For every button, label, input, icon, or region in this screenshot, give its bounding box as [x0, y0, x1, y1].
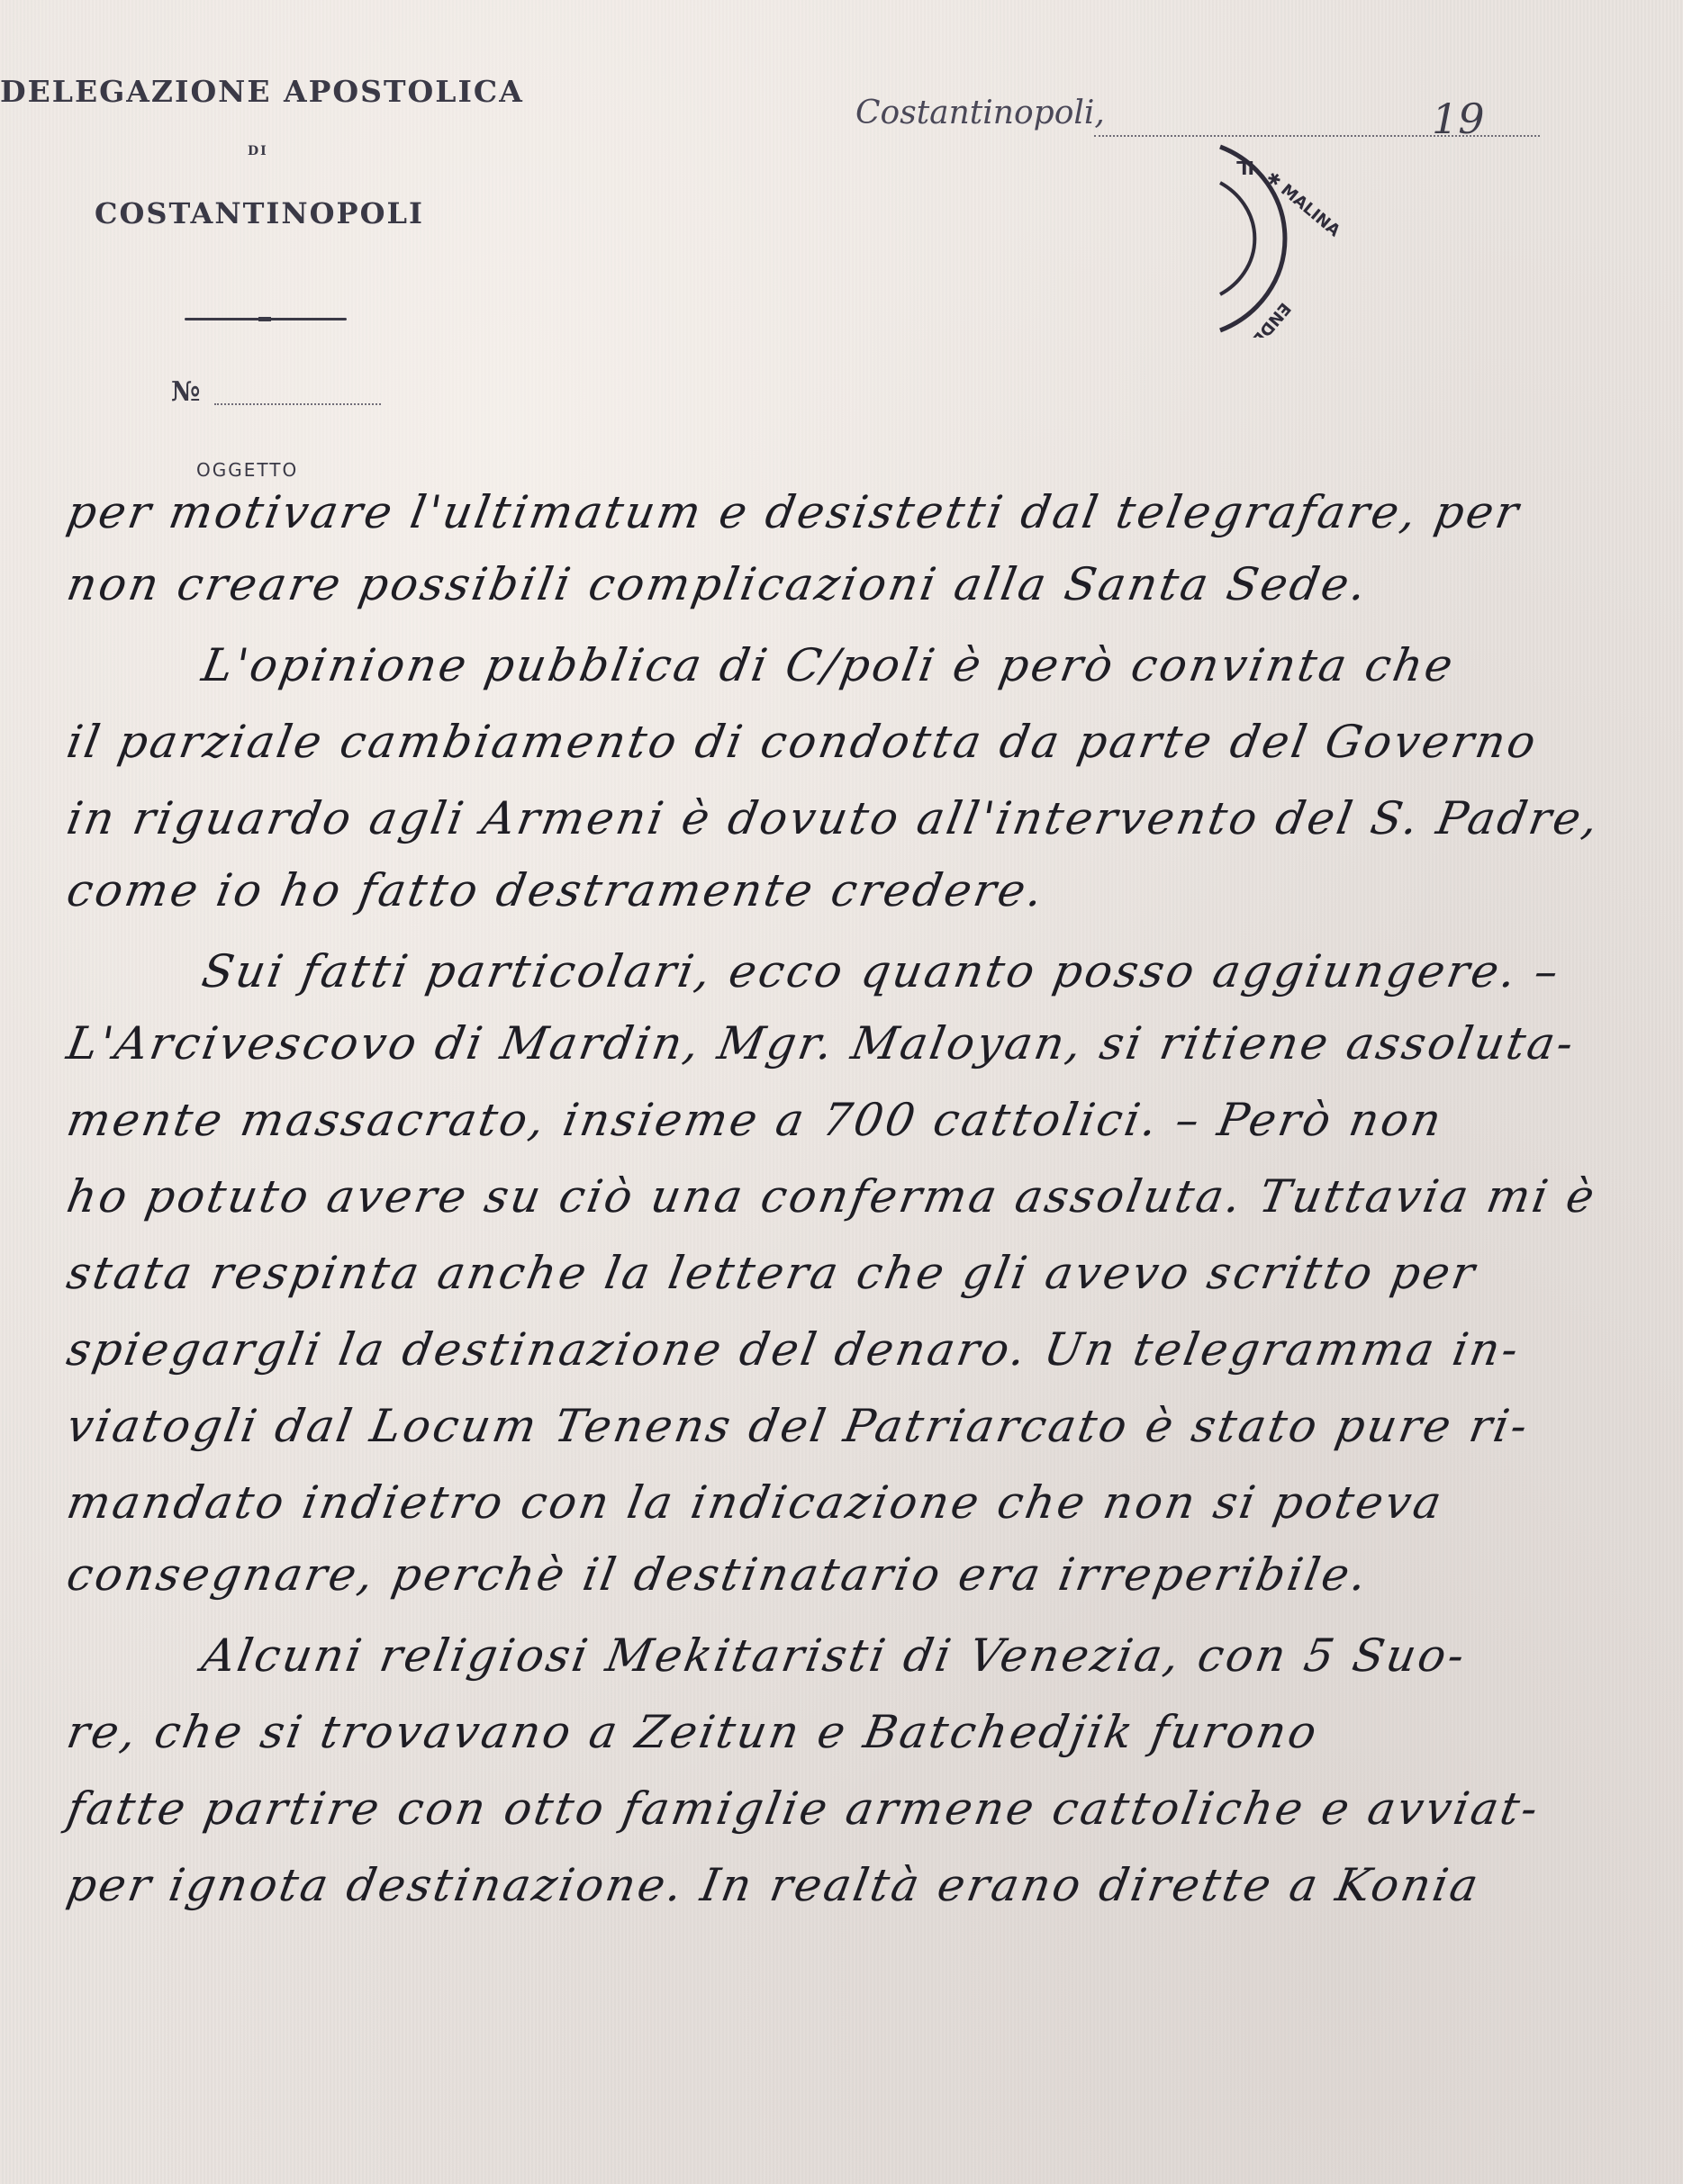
body-line: L'Arcivescovo di Mardin, Mgr. Maloyan, s…: [63, 1017, 1579, 1069]
letterhead-title: DELEGAZIONE APOSTOLICA: [0, 74, 549, 109]
dateline: Costantinopoli, 19: [855, 95, 1504, 167]
svg-text:✱ MALINA: ✱ MALINA: [1262, 168, 1344, 241]
body-line: per ignota destinazione. In realtà erano…: [63, 1859, 1485, 1911]
body-line: Sui fatti particolari, ecco quanto posso…: [198, 945, 1565, 997]
body-line: consegnare, perchè il destinatario era i…: [63, 1548, 1373, 1601]
ink-stamp: IL ✱ MALINA ENDE ✱: [1211, 140, 1346, 338]
body-line: fatte partire con otto famiglie armene c…: [63, 1782, 1544, 1835]
body-line: spiegargli la destinazione del denaro. U…: [63, 1323, 1525, 1376]
body-line: mente massacrato, insieme a 700 cattolic…: [63, 1094, 1448, 1146]
body-line: come io ho fatto destramente credere.: [63, 864, 1049, 916]
letterhead-divider: [185, 318, 347, 320]
place-text: Costantinopoli,: [855, 95, 1105, 131]
body-line: mandato indietro con la indicazione che …: [63, 1476, 1448, 1529]
year-prefix: 19: [1432, 95, 1485, 143]
body-line: Alcuni religiosi Mekitaristi di Venezia,…: [198, 1629, 1470, 1682]
body-line: non creare possibili complicazioni alla …: [63, 558, 1372, 610]
body-line: ho potuto avere su ciò una conferma asso…: [63, 1170, 1601, 1223]
number-label: №: [171, 376, 201, 408]
letterhead-city: COSTANTINOPOLI: [95, 196, 424, 230]
body-line: stata respinta anche la lettera che gli …: [63, 1247, 1481, 1299]
body-line: L'opinione pubblica di C/poli è però con…: [198, 639, 1459, 691]
stamp-ring-icon: IL ✱ MALINA ENDE ✱: [1211, 140, 1346, 338]
body-line: in riguardo agli Armeni è dovuto all'int…: [63, 792, 1605, 844]
body-line: per motivare l'ultimatum e desistetti da…: [63, 486, 1525, 538]
svg-text:IL: IL: [1236, 157, 1254, 178]
body-line: viatogli dal Locum Tenens del Patriarcat…: [63, 1400, 1534, 1452]
body-line: re, che si trovavano a Zeitun e Batchedj…: [63, 1706, 1323, 1758]
body-line: il parziale cambiamento di condotta da p…: [63, 716, 1543, 768]
subject-label: OGGETTO: [196, 459, 298, 481]
number-field-line: [214, 403, 381, 405]
letterhead-di: DI: [248, 144, 268, 158]
